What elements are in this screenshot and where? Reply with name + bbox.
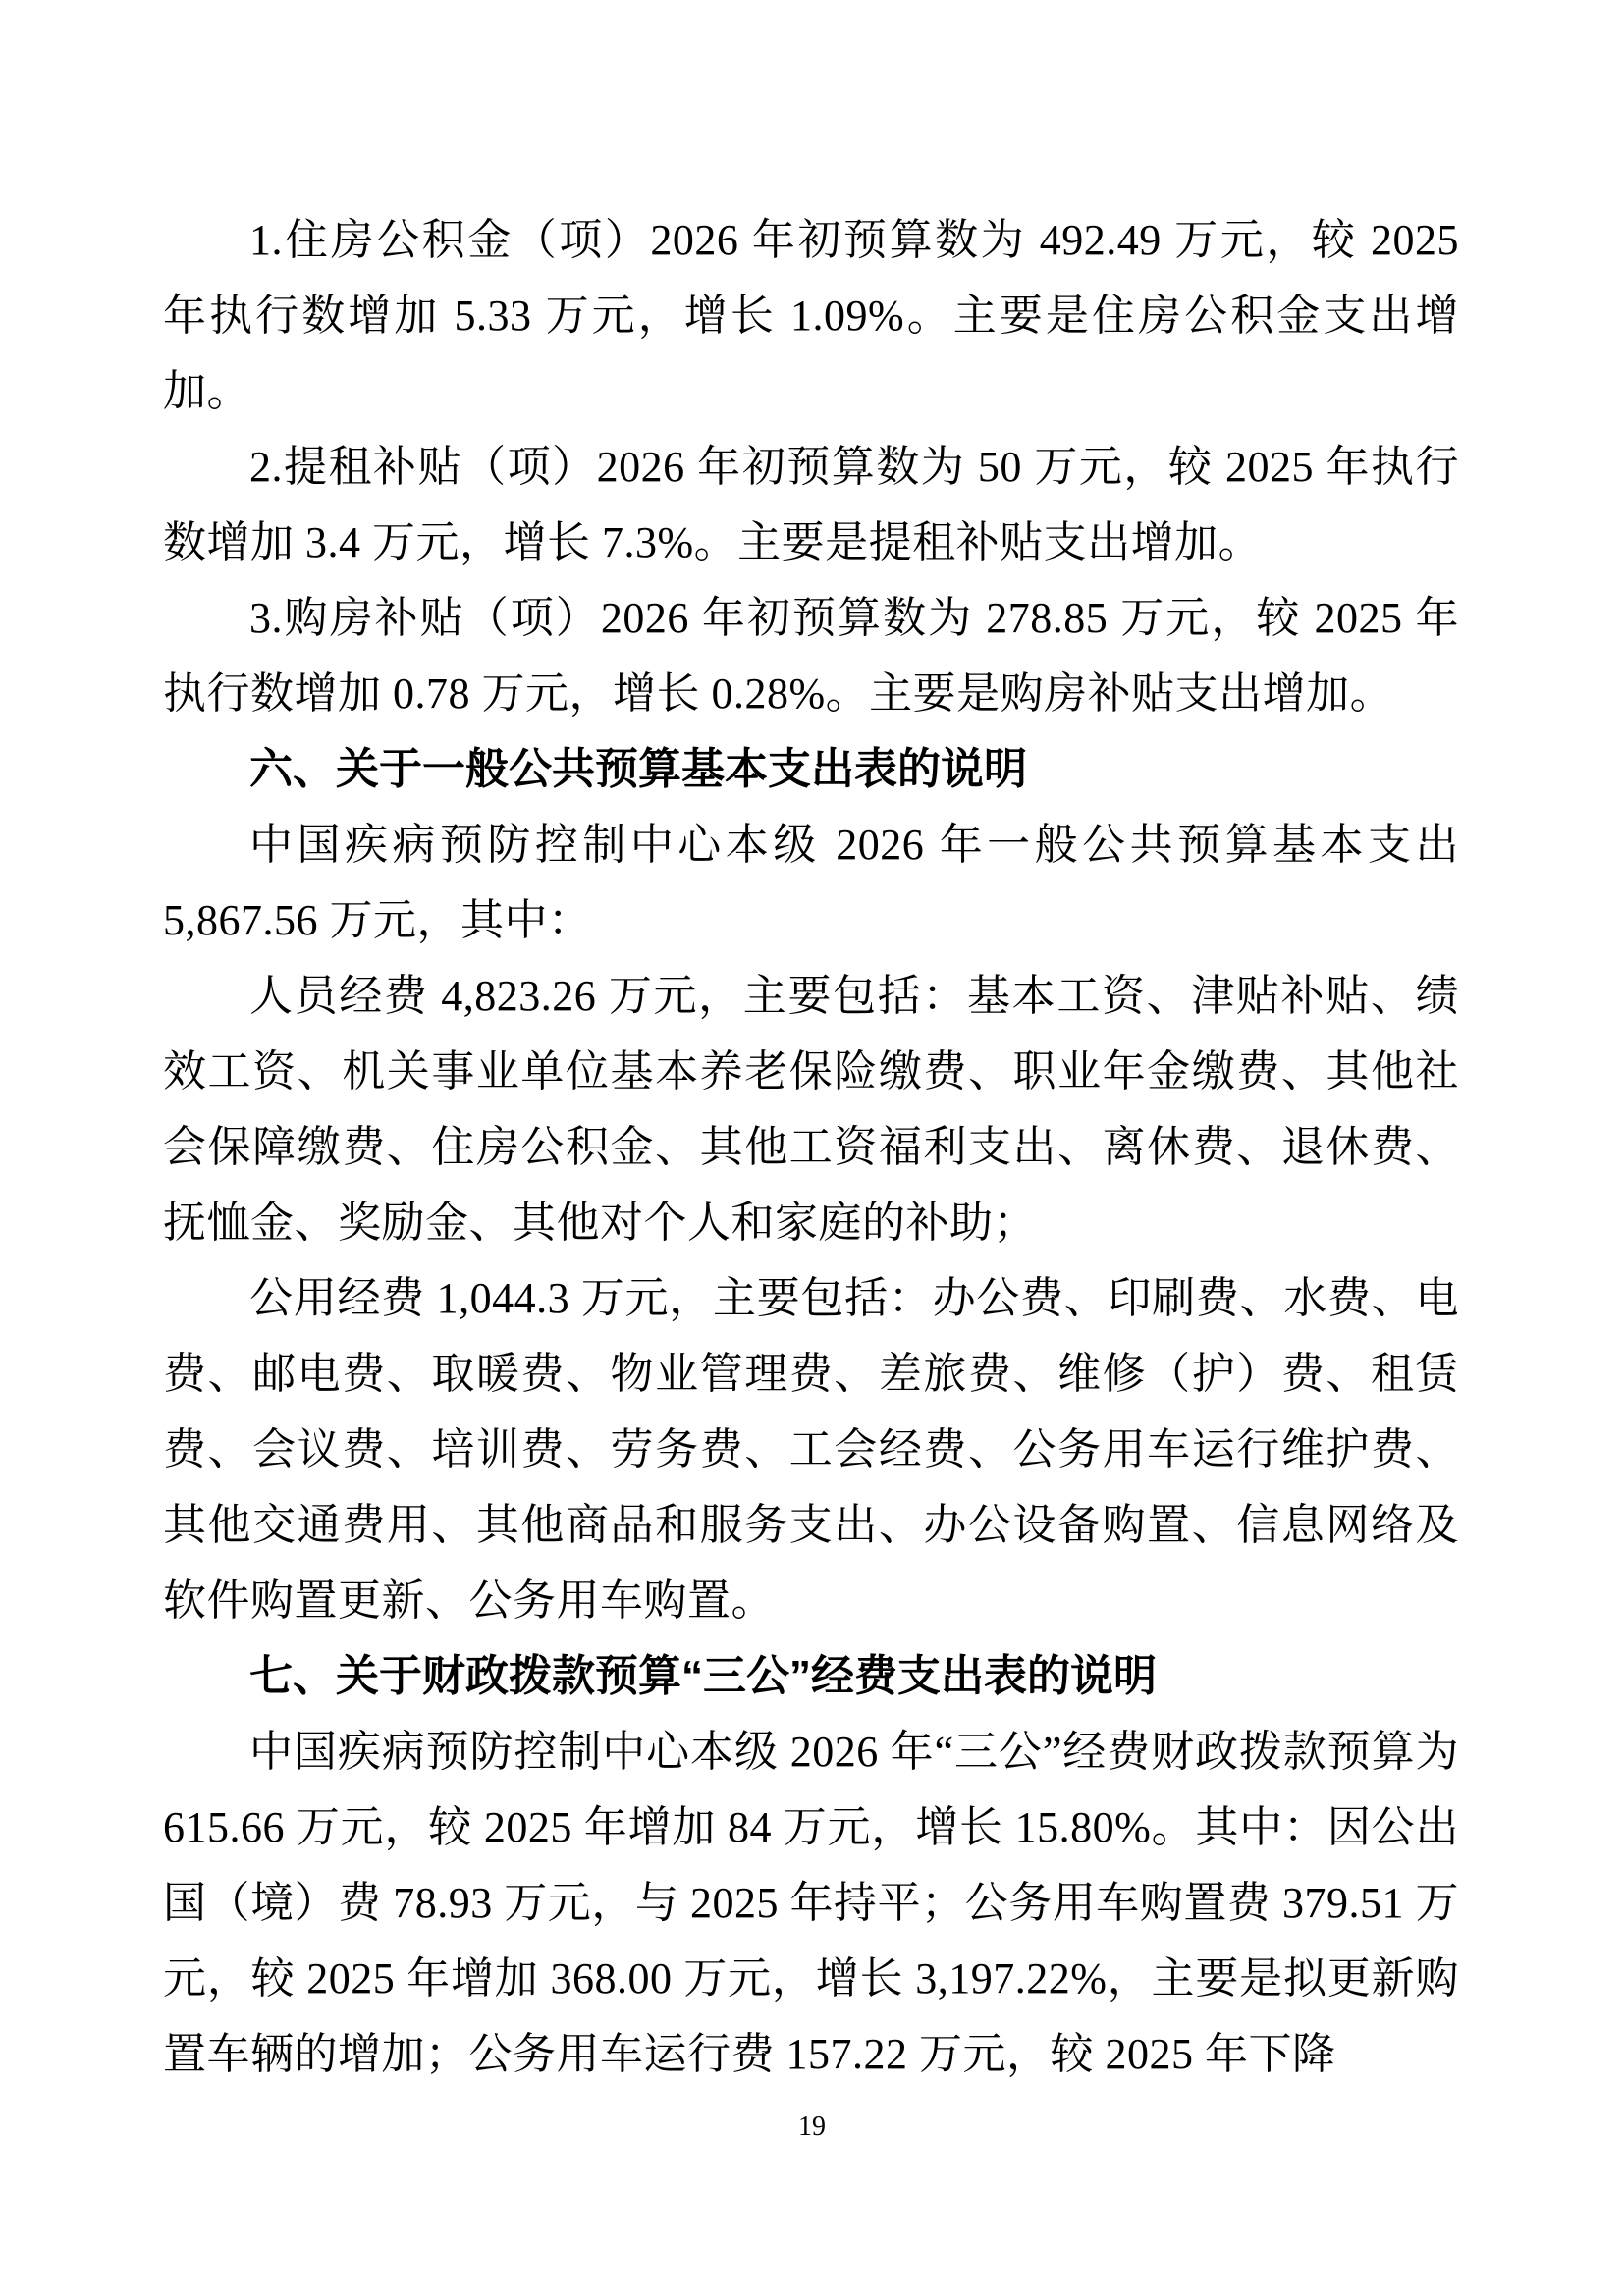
section-heading: 七、关于财政拨款预算“三公”经费支出表的说明: [163, 1638, 1459, 1714]
page-number: 19: [0, 2110, 1624, 2144]
body-paragraph: 1.住房公积金（项）2026 年初预算数为 492.49 万元，较 2025 年…: [163, 202, 1459, 429]
body-paragraph: 中国疾病预防控制中心本级 2026 年“三公”经费财政拨款预算为 615.66 …: [163, 1714, 1459, 2092]
body-paragraph: 中国疾病预防控制中心本级 2026 年一般公共预算基本支出 5,867.56 万…: [163, 807, 1459, 958]
body-paragraph: 公用经费 1,044.3 万元，主要包括：办公费、印刷费、水费、电费、邮电费、取…: [163, 1260, 1459, 1638]
body-paragraph: 2.提租补贴（项）2026 年初预算数为 50 万元，较 2025 年执行数增加…: [163, 429, 1459, 580]
body-paragraph: 人员经费 4,823.26 万元，主要包括：基本工资、津贴补贴、绩效工资、机关事…: [163, 958, 1459, 1260]
body-paragraph: 3.购房补贴（项）2026 年初预算数为 278.85 万元，较 2025 年执…: [163, 580, 1459, 731]
document-page: 1.住房公积金（项）2026 年初预算数为 492.49 万元，较 2025 年…: [0, 0, 1624, 2296]
section-heading: 六、关于一般公共预算基本支出表的说明: [163, 731, 1459, 807]
document-body: 1.住房公积金（项）2026 年初预算数为 492.49 万元，较 2025 年…: [163, 202, 1459, 2092]
